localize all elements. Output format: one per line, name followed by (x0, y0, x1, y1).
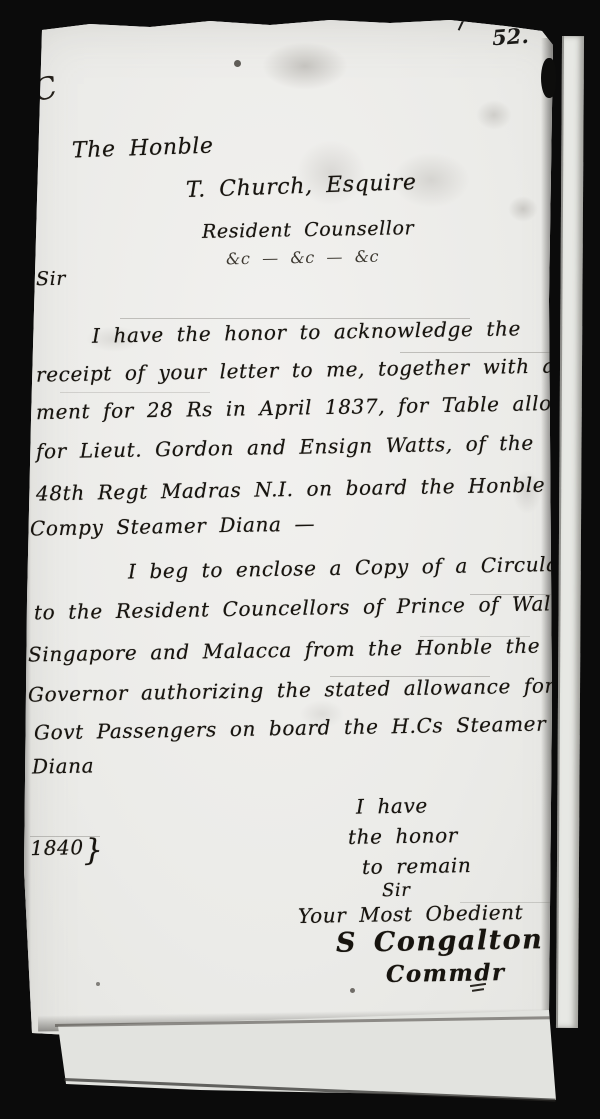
ink-speck (350, 988, 355, 993)
body-line: Compy Steamer Diana — (30, 512, 315, 541)
recipient-etc-flourish: &c — &c — &c (226, 247, 379, 269)
binding-notch (541, 58, 556, 98)
ink-speck (234, 60, 241, 67)
signature-title: Commdr (386, 959, 506, 988)
closing-line: the honor (348, 823, 458, 849)
adjacent-page-edge (556, 36, 584, 1028)
body-line: for Lieut. Gordon and Ensign Watts, of t… (36, 431, 534, 464)
body-line: Govt Passengers on board the H.Cs Steame… (34, 712, 547, 745)
scanned-document: 52. C The Honble T. Church, Esquire Resi… (0, 0, 600, 1119)
salutation: Sir (36, 268, 66, 291)
ink-speck (96, 982, 100, 986)
body-line: Governor authorizing the stated allowanc… (28, 673, 555, 706)
page-right-edge-shadow (541, 38, 553, 1016)
date-annotation: May 1840} (0, 833, 103, 870)
signature: S Congalton (336, 924, 544, 959)
date-text: May 1840 (0, 835, 84, 861)
body-line: to the Resident Councellors of Prince of… (34, 590, 600, 625)
corner-flourish-mark: C (30, 70, 61, 110)
signature-flourish-mark (472, 988, 484, 992)
closing-line: Your Most Obedient (298, 900, 524, 928)
body-line: I beg to enclose a Copy of a Circular le… (128, 551, 600, 584)
body-line: ment for 28 Rs in April 1837, for Table … (36, 390, 600, 424)
recipient-line: The Honble (72, 134, 214, 164)
body-line: 48th Regt Madras N.I. on board the Honbl… (36, 473, 546, 506)
guide-line (60, 392, 210, 393)
body-line: Singapore and Malacca from the Honble th… (28, 634, 541, 667)
body-line: receipt of your letter to me, together w… (36, 351, 600, 386)
date-brace: } (83, 833, 103, 868)
stain (476, 100, 512, 130)
letter-page: 52. C The Honble T. Church, Esquire Resi… (0, 0, 600, 1119)
closing-line: Sir (382, 880, 411, 901)
stain (262, 42, 348, 90)
recipient-line: Resident Counsellor (202, 217, 415, 243)
closing-line: to remain (362, 853, 472, 879)
recipient-line: T. Church, Esquire (186, 170, 417, 203)
guide-line (400, 352, 550, 353)
body-line: I have the honor to acknowledge the (92, 316, 521, 347)
page-number: 52. (491, 23, 529, 50)
stain (508, 196, 538, 222)
closing-line: I have (356, 793, 428, 818)
pen-tick-mark (458, 15, 467, 30)
body-line: Diana (32, 753, 95, 778)
